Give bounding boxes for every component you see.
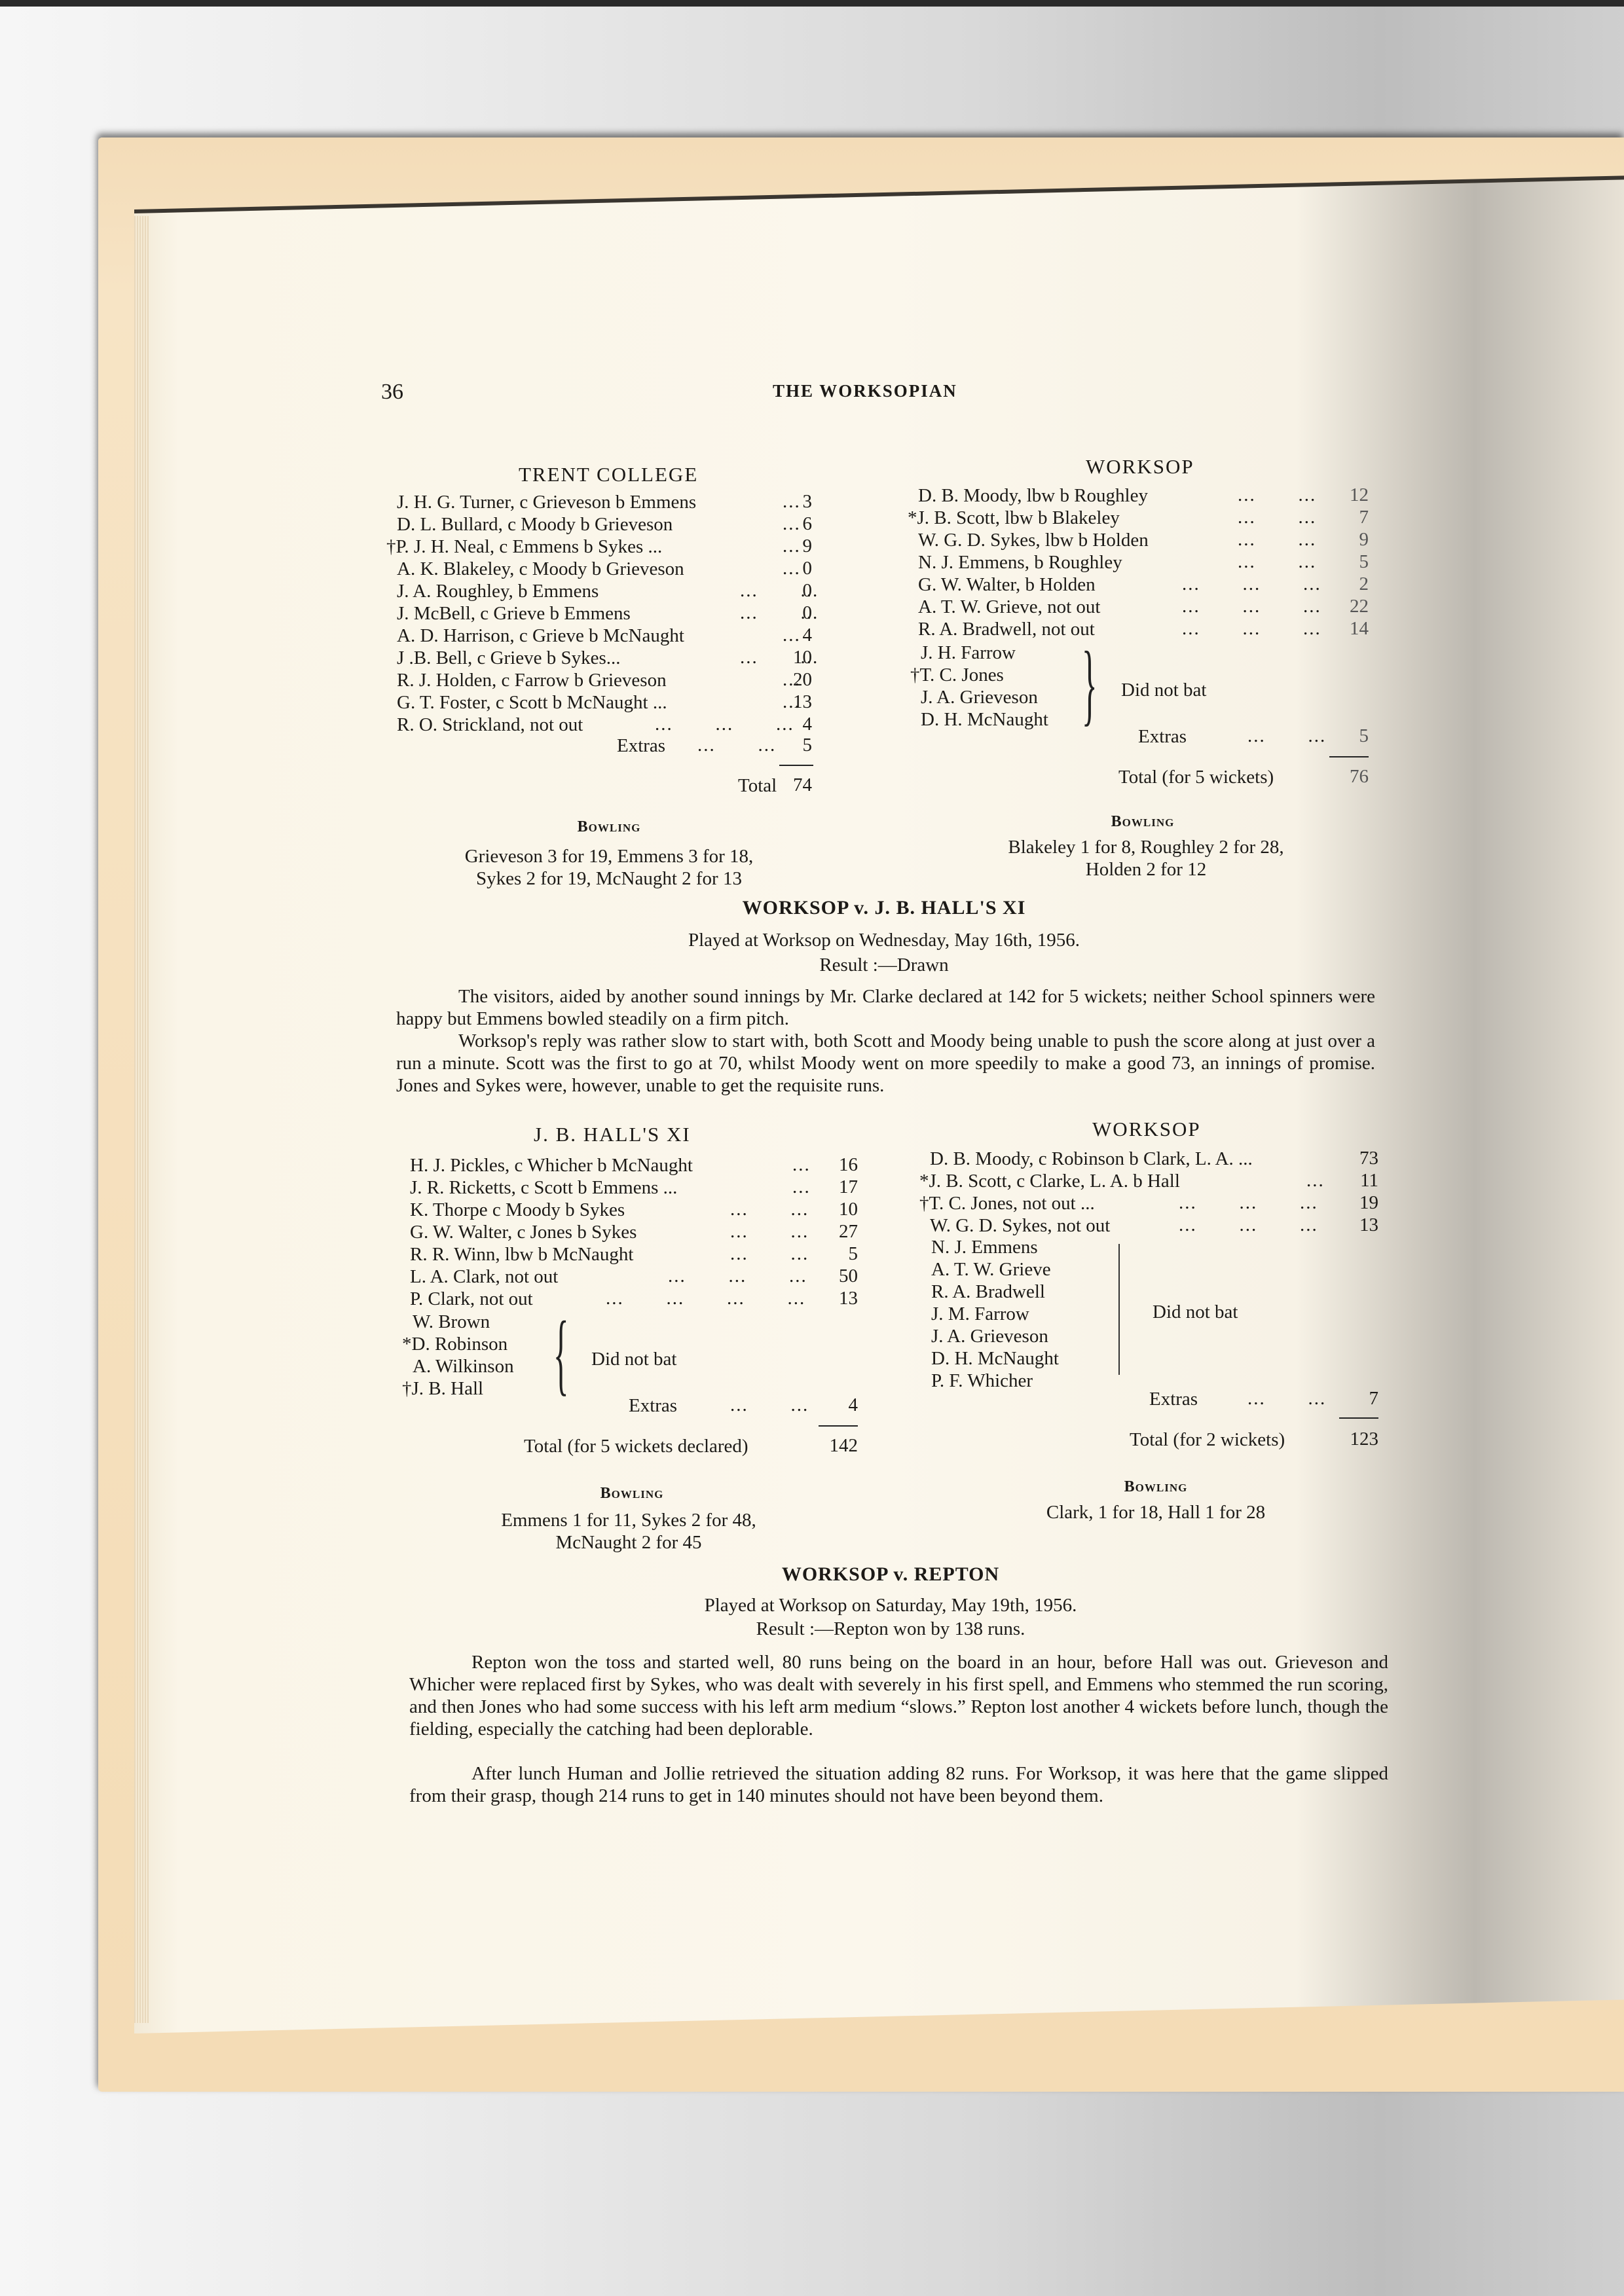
leader-dots: ... ... (1238, 551, 1316, 573)
batsman-entry: W. G. D. Sykes, lbw b Holden (918, 530, 1149, 551)
total-value: 74 (766, 774, 812, 796)
leader-dots: ... (792, 1154, 811, 1176)
did-not-bat-name: R. A. Bradwell (931, 1281, 1045, 1303)
batting-row: R. O. Strickland, not out (397, 714, 583, 736)
did-not-bat-name: D. H. McNaught (921, 708, 1048, 731)
batsman-entry: J. B. Scott, lbw b Blakeley (917, 507, 1120, 528)
match-report-paragraph: After lunch Human and Jollie retrieved t… (409, 1762, 1388, 1807)
batsman-score: 7 (1323, 507, 1369, 528)
batsman-entry: J. A. Roughley, b Emmens (397, 581, 599, 602)
extras-label: Extras (1149, 1388, 1198, 1410)
batting-row: *J. B. Scott, c Clarke, L. A. b Hall (919, 1170, 1180, 1192)
batting-row: P. Clark, not out (410, 1288, 533, 1310)
batsman-entry: J. H. G. Turner, c Grieveson b Emmens (397, 492, 696, 513)
extras-value: 4 (812, 1394, 858, 1416)
team-heading-worksop: WORKSOP (1086, 455, 1194, 479)
batsman-score: 27 (812, 1221, 858, 1243)
batsman-entry: G. W. Walter, b Holden (918, 574, 1096, 595)
total-value: 142 (812, 1435, 858, 1457)
match-report-paragraph: The visitors, aided by another sound inn… (396, 985, 1375, 1030)
batsman-entry: P. J. H. Neal, c Emmens b Sykes ... (396, 536, 663, 557)
running-head: THE WORKSOPIAN (773, 381, 957, 401)
match-title: WORKSOP v. REPTON (465, 1563, 1316, 1586)
batsman-score: 10 (766, 647, 812, 668)
batsman-score: 12 (1323, 484, 1369, 506)
batsman-score: 17 (812, 1176, 858, 1198)
batting-row: L. A. Clark, not out (410, 1266, 558, 1288)
leader-dots: ... ... ... (1179, 1192, 1318, 1214)
total-label: Total (for 5 wickets declared) (524, 1435, 748, 1457)
batsman-entry: D. L. Bullard, c Moody b Grieveson (397, 514, 673, 535)
extras-value: 5 (766, 735, 812, 756)
total-value: 76 (1323, 766, 1369, 788)
batsman-score: 6 (766, 513, 812, 535)
did-not-bat-label: Did not bat (1153, 1302, 1238, 1323)
player-name: J. B. Hall (412, 1378, 484, 1399)
leader-dots: ... ... (730, 1199, 809, 1220)
did-not-bat-name: J. A. Grieveson (921, 686, 1038, 708)
batsman-entry: G. T. Foster, c Scott b McNaught ... (397, 692, 667, 713)
batting-row: W. G. D. Sykes, lbw b Holden (918, 529, 1149, 551)
bowling-figures: Blakeley 1 for 8, Roughley 2 for 28, (943, 837, 1349, 858)
leader-dots: ... (792, 1176, 811, 1198)
batting-row: J. H. G. Turner, c Grieveson b Emmens (397, 491, 696, 513)
did-not-bat-name: †T. C. Jones (910, 664, 1004, 686)
total-label: Total (for 5 wickets) (1118, 766, 1274, 788)
batsman-score: 5 (1323, 551, 1369, 573)
captain-mark: * (919, 1171, 929, 1192)
batting-row: *J. B. Scott, lbw b Blakeley (908, 507, 1120, 529)
batting-row: G. T. Foster, c Scott b McNaught ... (397, 691, 667, 714)
extras-label: Extras (629, 1394, 677, 1417)
did-not-bat-name: N. J. Emmens (931, 1236, 1038, 1258)
batsman-entry: D. B. Moody, lbw b Roughley (918, 485, 1148, 506)
batsman-entry: A. K. Blakeley, c Moody b Grieveson (397, 558, 684, 579)
captain-mark: * (402, 1334, 412, 1355)
batsman-score: 73 (1333, 1148, 1378, 1169)
leader-dots: ... ... (1238, 507, 1316, 528)
leader-dots: ... ... ... (1182, 574, 1321, 595)
batsman-score: 5 (812, 1243, 858, 1265)
batsman-score: 14 (1323, 618, 1369, 640)
batsman-entry: A. D. Harrison, c Grieve b McNaught (397, 625, 684, 646)
extras-label: Extras (617, 735, 665, 757)
bowling-figures: Emmens 1 for 11, Sykes 2 for 48, (432, 1510, 825, 1531)
extras-label: Extras (1138, 725, 1187, 748)
page-number: 36 (381, 380, 403, 405)
match-title: WORKSOP v. J. B. HALL'S XI (458, 897, 1310, 919)
bowling-heading: Bowling (1090, 1478, 1221, 1496)
batting-row: G. W. Walter, b Holden (918, 574, 1096, 596)
match-venue-date: Played at Worksop on Saturday, May 19th,… (465, 1595, 1316, 1616)
batting-row: A. T. W. Grieve, not out (918, 596, 1100, 618)
batsman-score: 0 (766, 580, 812, 602)
leader-dots: ... ... (1238, 529, 1316, 551)
leader-dots: ... ... (1247, 1388, 1326, 1410)
total-rule (779, 765, 813, 766)
batting-row: †T. C. Jones, not out ... (919, 1192, 1095, 1214)
batsman-score: 20 (766, 669, 812, 691)
did-not-bat-name: J. H. Farrow (921, 642, 1016, 664)
batsman-entry: A. T. W. Grieve, not out (918, 596, 1100, 617)
batsman-score: 10 (812, 1199, 858, 1220)
match-report-paragraph: Repton won the toss and started well, 80… (409, 1651, 1388, 1740)
bowling-heading: Bowling (544, 818, 674, 836)
batsman-entry: R. J. Holden, c Farrow b Grieveson (397, 670, 667, 691)
total-rule (1329, 756, 1369, 757)
batsman-entry: T. C. Jones, not out ... (929, 1193, 1095, 1214)
batting-row: D. B. Moody, c Robinson b Clark, L. A. .… (930, 1148, 1253, 1170)
did-not-bat-name: *D. Robinson (402, 1333, 507, 1355)
leader-dots: ... ... (730, 1221, 809, 1243)
batsman-entry: R. O. Strickland, not out (397, 714, 583, 735)
batsman-score: 9 (766, 536, 812, 557)
batting-row: N. J. Emmens, b Roughley (918, 551, 1122, 574)
batting-row: A. K. Blakeley, c Moody b Grieveson (397, 558, 684, 580)
team-heading-hall-xi: J. B. HALL'S XI (534, 1123, 691, 1146)
batting-row: G. W. Walter, c Jones b Sykes (410, 1221, 637, 1243)
player-name: T. C. Jones (920, 665, 1004, 685)
batsman-entry: J. B. Scott, c Clarke, L. A. b Hall (929, 1171, 1180, 1192)
team-heading-worksop-2: WORKSOP (1092, 1118, 1201, 1141)
wicketkeeper-mark: † (919, 1193, 929, 1214)
batsman-score: 0 (766, 558, 812, 579)
bowling-figures: Sykes 2 for 19, McNaught 2 for 13 (413, 868, 805, 890)
page-content: 36 THE WORKSOPIAN TRENT COLLEGE J. H. G.… (0, 0, 1624, 2296)
total-label: Total (for 2 wickets) (1130, 1429, 1285, 1451)
leader-dots: ... ... (1238, 484, 1316, 506)
batting-row: R. A. Bradwell, not out (918, 618, 1095, 640)
batting-row: D. L. Bullard, c Moody b Grieveson (397, 513, 673, 536)
bowling-heading: Bowling (566, 1485, 697, 1503)
batting-row: D. B. Moody, lbw b Roughley (918, 484, 1148, 507)
match-venue-date: Played at Worksop on Wednesday, May 16th… (458, 930, 1310, 951)
batsman-score: 4 (766, 625, 812, 646)
batsman-score: 13 (812, 1288, 858, 1309)
captain-mark: * (908, 507, 917, 528)
bowling-figures: Grieveson 3 for 19, Emmens 3 for 18, (413, 846, 805, 867)
leader-dots: ... ... ... (1179, 1214, 1318, 1236)
batsman-score: 19 (1333, 1192, 1378, 1214)
batsman-entry: J .B. Bell, c Grieve b Sykes... (397, 647, 621, 668)
leader-dots: ... ... ... (1182, 618, 1321, 640)
match-result: Result :—Drawn (458, 955, 1310, 976)
did-not-bat-name: A. T. W. Grieve (931, 1258, 1051, 1281)
batting-row: W. G. D. Sykes, not out (930, 1214, 1110, 1237)
batsman-entry: N. J. Emmens, b Roughley (918, 552, 1122, 573)
did-not-bat-name: J. A. Grieveson (931, 1325, 1048, 1347)
wicketkeeper-mark: † (910, 665, 920, 685)
batsman-score: 9 (1323, 529, 1369, 551)
bowling-figures: Clark, 1 for 18, Hall 1 for 28 (956, 1502, 1356, 1523)
leader-dots: ... ... (1247, 725, 1326, 747)
batting-row: K. Thorpe c Moody b Sykes (410, 1199, 625, 1221)
extras-value: 5 (1323, 725, 1369, 747)
batsman-score: 13 (766, 691, 812, 713)
batsman-score: 0 (766, 602, 812, 624)
leader-dots: ... (1306, 1170, 1325, 1192)
match-result: Result :—Repton won by 138 runs. (465, 1618, 1316, 1640)
did-not-bat-label: Did not bat (591, 1349, 677, 1370)
batting-row: R. R. Winn, lbw b McNaught (410, 1243, 633, 1266)
did-not-bat-name: D. H. McNaught (931, 1347, 1059, 1370)
extras-value: 7 (1333, 1388, 1378, 1410)
bowling-heading: Bowling (1077, 813, 1208, 831)
brace-icon: } (1082, 638, 1098, 730)
batting-row: J .B. Bell, c Grieve b Sykes... (397, 647, 621, 669)
batting-row: †P. J. H. Neal, c Emmens b Sykes ... (386, 536, 662, 558)
wicketkeeper-mark: † (402, 1378, 412, 1399)
leader-dots: ... ... (730, 1394, 809, 1416)
player-name: D. Robinson (412, 1334, 508, 1355)
batting-row: R. J. Holden, c Farrow b Grieveson (397, 669, 667, 691)
batting-row: J. McBell, c Grieve b Emmens (397, 602, 631, 625)
batsman-score: 50 (812, 1266, 858, 1287)
batsman-score: 22 (1323, 596, 1369, 617)
leader-dots: ... ... ... (1182, 596, 1321, 617)
batting-row: A. D. Harrison, c Grieve b McNaught (397, 625, 684, 647)
did-not-bat-name: P. F. Whicher (931, 1370, 1033, 1392)
match-report-paragraph: Worksop's reply was rather slow to start… (396, 1030, 1375, 1097)
batsman-score: 3 (766, 491, 812, 513)
bowling-figures: Holden 2 for 12 (943, 859, 1349, 881)
total-rule (1339, 1417, 1378, 1419)
leader-dots: ... ... (730, 1243, 809, 1265)
did-not-bat-name: J. M. Farrow (931, 1303, 1029, 1325)
bowling-figures: McNaught 2 for 45 (432, 1532, 825, 1554)
batsman-score: 11 (1333, 1170, 1378, 1192)
leader-dots: ... ... ... (668, 1266, 807, 1287)
batsman-score: 13 (1333, 1214, 1378, 1236)
batsman-score: 4 (766, 714, 812, 735)
wicketkeeper-mark: † (386, 536, 396, 557)
bracket-line (1118, 1244, 1120, 1375)
batsman-score: 2 (1323, 574, 1369, 595)
total-value: 123 (1333, 1429, 1378, 1450)
did-not-bat-label: Did not bat (1121, 680, 1207, 701)
batsman-score: 16 (812, 1154, 858, 1176)
brace-icon: { (553, 1308, 569, 1400)
team-heading-trent-college: TRENT COLLEGE (519, 463, 698, 486)
batting-row: J. A. Roughley, b Emmens (397, 580, 599, 602)
batting-row: H. J. Pickles, c Whicher b McNaught (410, 1154, 693, 1176)
did-not-bat-name: W. Brown (413, 1311, 490, 1333)
batting-row: J. R. Ricketts, c Scott b Emmens ... (410, 1176, 677, 1199)
did-not-bat-name: A. Wilkinson (413, 1355, 514, 1377)
did-not-bat-name: †J. B. Hall (402, 1377, 483, 1400)
batsman-entry: J. McBell, c Grieve b Emmens (397, 603, 631, 624)
leader-dots: ... ... ... ... (606, 1288, 805, 1309)
leader-dots: ... ... (697, 735, 776, 756)
batsman-entry: R. A. Bradwell, not out (918, 619, 1095, 640)
total-rule (819, 1425, 858, 1427)
